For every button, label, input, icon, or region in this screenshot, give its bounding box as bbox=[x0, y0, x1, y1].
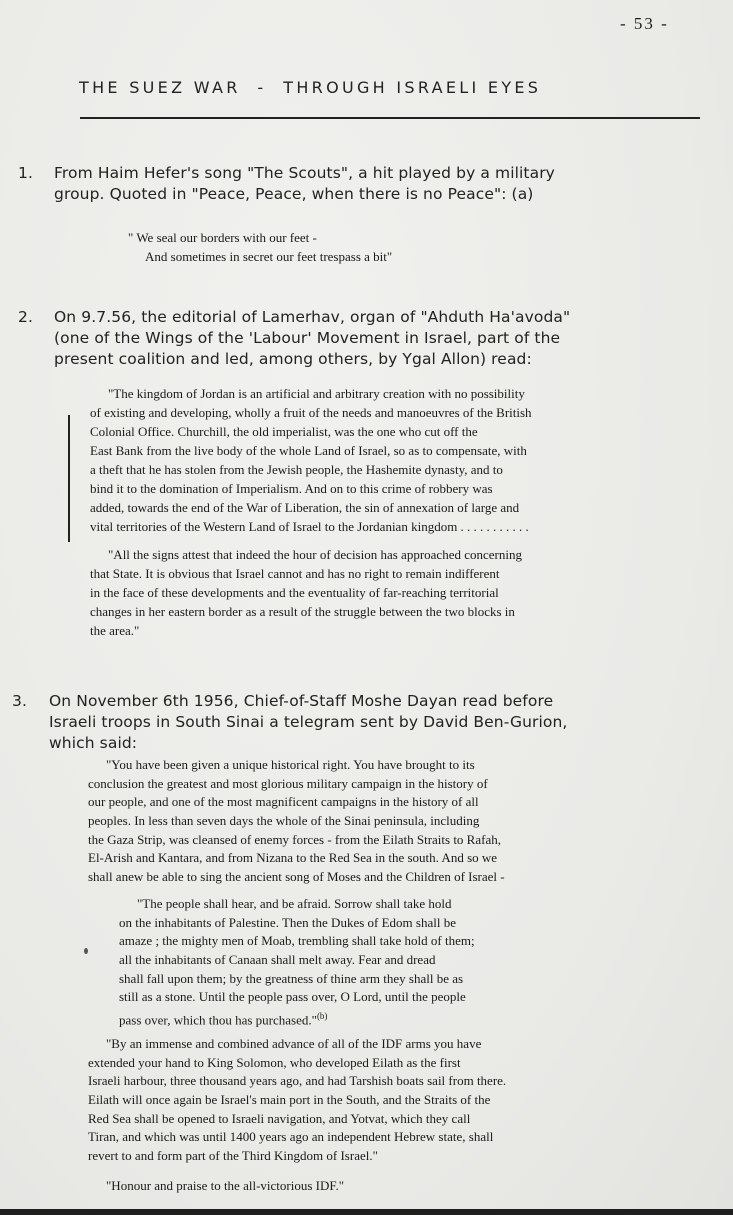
paragraph-line: in the face of these developments and th… bbox=[90, 583, 522, 602]
paragraph-line: "All the signs attest that indeed the ho… bbox=[90, 545, 522, 564]
paragraph-line: changes in her eastern border as a resul… bbox=[90, 602, 522, 621]
paragraph-line: "By an immense and combined advance of a… bbox=[88, 1035, 506, 1054]
quote-line: on the inhabitants of Palestine. Then th… bbox=[119, 914, 475, 933]
section-2-heading: On 9.7.56, the editorial of Lamerhav, or… bbox=[54, 307, 570, 370]
paragraph-line: East Bank from the live body of the whol… bbox=[90, 441, 532, 460]
section-2-paragraph-1: "The kingdom of Jordan is an artificial … bbox=[90, 384, 532, 536]
paragraph-line: our people, and one of the most magnific… bbox=[88, 793, 505, 812]
heading-line: (one of the Wings of the 'Labour' Moveme… bbox=[54, 328, 570, 349]
paragraph-line: Colonial Office. Churchill, the old impe… bbox=[90, 422, 532, 441]
paragraph-line: peoples. In less than seven days the who… bbox=[88, 812, 505, 831]
section-3-paragraph-3: "Honour and praise to the all-victorious… bbox=[88, 1176, 344, 1195]
quote-line: " We seal our borders with our feet - bbox=[128, 228, 392, 247]
quote-line: shall fall upon them; by the greatness o… bbox=[119, 970, 475, 989]
section-3-paragraph-1: "You have been given a unique historical… bbox=[88, 756, 505, 887]
heading-line: present coalition and led, among others,… bbox=[54, 349, 570, 370]
footnote-marker: (b) bbox=[317, 1011, 328, 1021]
paragraph-line: "Honour and praise to the all-victorious… bbox=[88, 1176, 344, 1195]
section-3-heading: On November 6th 1956, Chief-of-Staff Mos… bbox=[49, 691, 567, 754]
heading-line: From Haim Hefer's song "The Scouts", a h… bbox=[54, 163, 555, 184]
paragraph-line: Red Sea shall be opened to Israeli navig… bbox=[88, 1110, 506, 1129]
heading-line: which said: bbox=[49, 733, 567, 754]
paragraph-line: the Gaza Strip, was cleansed of enemy fo… bbox=[88, 831, 505, 850]
paragraph-line: of existing and developing, wholly a fru… bbox=[90, 403, 532, 422]
section-3-inner-quote: "The people shall hear, and be afraid. S… bbox=[119, 895, 475, 1026]
quote-line: all the inhabitants of Canaan shall melt… bbox=[119, 951, 475, 970]
quote-line: pass over, which thou has purchased." bbox=[119, 1012, 317, 1027]
paragraph-line: shall anew be able to sing the ancient s… bbox=[88, 868, 505, 887]
page-title: THE SUEZ WAR - THROUGH ISRAELI EYES bbox=[79, 78, 541, 97]
section-2-paragraph-2: "All the signs attest that indeed the ho… bbox=[90, 545, 522, 640]
paragraph-line: "The kingdom of Jordan is an artificial … bbox=[90, 384, 532, 403]
section-1-number: 1. bbox=[18, 163, 33, 184]
paragraph-line: bind it to the domination of Imperialism… bbox=[90, 479, 532, 498]
section-2-number: 2. bbox=[18, 307, 33, 328]
paragraph-line: the area." bbox=[90, 621, 522, 640]
paragraph-line: added, towards the end of the War of Lib… bbox=[90, 498, 532, 517]
page-number: - 53 - bbox=[620, 14, 669, 34]
paragraph-line: El-Arish and Kantara, and from Nizana to… bbox=[88, 849, 505, 868]
quote-line: And sometimes in secret our feet trespas… bbox=[128, 247, 392, 266]
paragraph-line: revert to and form part of the Third Kin… bbox=[88, 1147, 506, 1166]
title-underline bbox=[80, 117, 700, 119]
paragraph-line: a theft that he has stolen from the Jewi… bbox=[90, 460, 532, 479]
paragraph-line: conclusion the greatest and most gloriou… bbox=[88, 775, 505, 794]
paragraph-line: Eilath will once again be Israel's main … bbox=[88, 1091, 506, 1110]
print-speck bbox=[84, 948, 88, 954]
quote-line: "The people shall hear, and be afraid. S… bbox=[119, 895, 475, 914]
margin-mark bbox=[68, 415, 70, 542]
paragraph-line: Tiran, and which was until 1400 years ag… bbox=[88, 1128, 506, 1147]
page-bottom-edge bbox=[0, 1209, 733, 1215]
paragraph-line: that State. It is obvious that Israel ca… bbox=[90, 564, 522, 583]
heading-line: On November 6th 1956, Chief-of-Staff Mos… bbox=[49, 691, 567, 712]
quote-line: amaze ; the mighty men of Moab, tremblin… bbox=[119, 932, 475, 951]
section-1-heading: From Haim Hefer's song "The Scouts", a h… bbox=[54, 163, 555, 205]
section-1-quote: " We seal our borders with our feet - An… bbox=[128, 228, 392, 266]
section-3-paragraph-2: "By an immense and combined advance of a… bbox=[88, 1035, 506, 1166]
heading-line: Israeli troops in South Sinai a telegram… bbox=[49, 712, 567, 733]
paragraph-line: Israeli harbour, three thousand years ag… bbox=[88, 1072, 506, 1091]
paragraph-line: extended your hand to King Solomon, who … bbox=[88, 1054, 506, 1073]
paragraph-line: vital territories of the Western Land of… bbox=[90, 517, 532, 536]
paragraph-line: "You have been given a unique historical… bbox=[88, 756, 505, 775]
document-page: - 53 - THE SUEZ WAR - THROUGH ISRAELI EY… bbox=[0, 0, 733, 1215]
heading-line: group. Quoted in "Peace, Peace, when the… bbox=[54, 184, 555, 205]
quote-line: still as a stone. Until the people pass … bbox=[119, 988, 475, 1007]
heading-line: On 9.7.56, the editorial of Lamerhav, or… bbox=[54, 307, 570, 328]
section-3-number: 3. bbox=[12, 691, 27, 712]
